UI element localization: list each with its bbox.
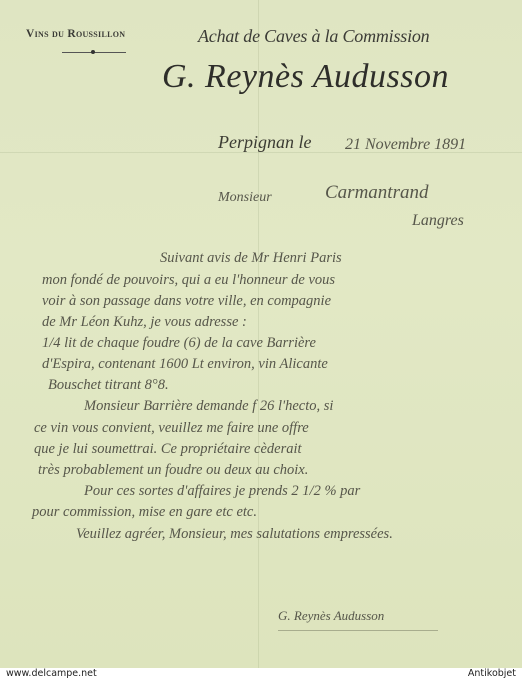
footer-seller-name: Antikobjet xyxy=(468,668,516,680)
body-line: très probablement un foudre ou deux au c… xyxy=(38,462,308,479)
dateline-date: 21 Novembre 1891 xyxy=(345,136,466,154)
body-line: voir à son passage dans votre ville, en … xyxy=(42,293,331,310)
body-line: d'Espira, contenant 1600 Lt environ, vin… xyxy=(42,356,328,373)
body-line: Bouschet titrant 8°8. xyxy=(48,377,169,394)
letterhead-tagline: Achat de Caves à la Commission xyxy=(198,26,429,47)
body-line: Pour ces sortes d'affaires je prends 2 1… xyxy=(84,483,360,500)
letterhead-region: Vins du Roussillon xyxy=(26,28,125,40)
footer-source-link[interactable]: www.delcampe.net xyxy=(6,668,97,680)
address-city: Langres xyxy=(412,212,464,230)
body-line: mon fondé de pouvoirs, qui a eu l'honneu… xyxy=(42,272,335,289)
signature: G. Reynès Audusson xyxy=(278,608,384,624)
body-line: Monsieur Barrière demande f 26 l'hecto, … xyxy=(84,398,333,415)
dateline-place: Perpignan le xyxy=(218,132,311,153)
signature-underline xyxy=(278,630,438,631)
letterhead-firm-name: G. Reynès Audusson xyxy=(162,58,449,96)
letterhead-ornament-dot xyxy=(91,50,95,54)
body-line: pour commission, mise en gare etc etc. xyxy=(32,504,257,521)
body-line: ce vin vous convient, veuillez me faire … xyxy=(34,420,309,437)
body-line: de Mr Léon Kuhz, je vous adresse : xyxy=(42,314,247,331)
letter-paper: Vins du Roussillon Achat de Caves à la C… xyxy=(0,0,522,668)
body-line: Veuillez agréer, Monsieur, mes salutatio… xyxy=(76,526,393,543)
body-line: Suivant avis de Mr Henri Paris xyxy=(160,250,342,267)
fold-crease-vertical xyxy=(258,0,259,668)
address-recipient: Carmantrand xyxy=(325,182,428,204)
body-line: que je lui soumettrai. Ce propriétaire c… xyxy=(34,441,302,458)
body-line: 1/4 lit de chaque foudre (6) de la cave … xyxy=(42,335,316,352)
address-salutation: Monsieur xyxy=(218,190,272,206)
